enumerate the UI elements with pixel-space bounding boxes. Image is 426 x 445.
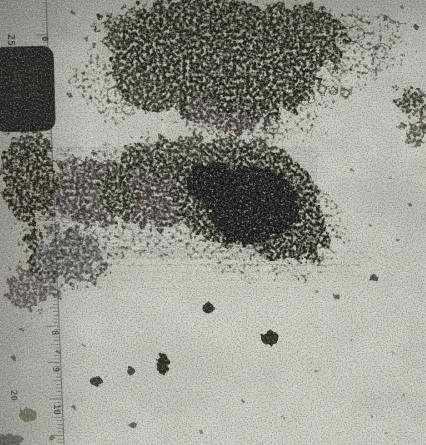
scanned-drawing-page: 25 0 1 2 3 8 9 10 20 [0, 0, 426, 445]
grain-light-overlay [0, 0, 426, 445]
drawing-scan: 25 0 1 2 3 8 9 10 20 [0, 0, 426, 445]
